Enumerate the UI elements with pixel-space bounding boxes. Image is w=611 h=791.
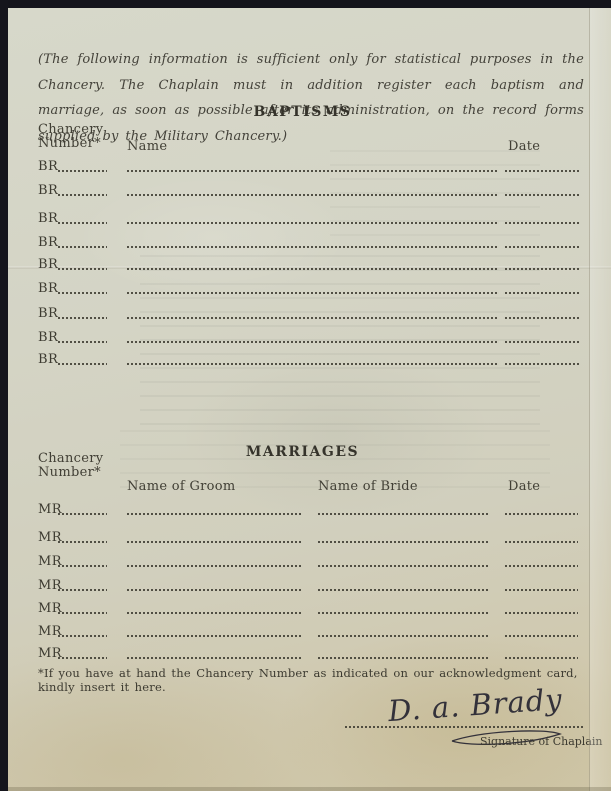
date-line: [505, 317, 580, 319]
chancery-number-line: [58, 363, 107, 365]
paper-bottom-edge: [8, 787, 611, 791]
baptisms-date-header: Date: [508, 139, 540, 154]
groom-name-line: [127, 612, 303, 614]
chancery-number-line: [58, 292, 107, 294]
name-line: [127, 246, 497, 248]
groom-name-line: [127, 541, 303, 543]
marriages-bride-header: Name of Bride: [318, 479, 418, 494]
date-line: [505, 612, 578, 614]
chancery-number-line: [58, 170, 107, 172]
date-line: [505, 292, 580, 294]
baptisms-chancery-number-header: Chancery Number*: [38, 123, 103, 150]
date-line: [505, 541, 578, 543]
baptism-row: BR: [38, 234, 582, 250]
chancery-header-line2: Number*: [38, 137, 103, 151]
bride-name-line: [318, 589, 488, 591]
baptism-row: BR: [38, 256, 582, 272]
scanned-form-page: (The following information is sufficient…: [0, 0, 611, 791]
name-line: [127, 170, 497, 172]
bride-name-line: [318, 513, 488, 515]
name-line: [127, 194, 497, 196]
chancery-number-line: [58, 222, 107, 224]
baptism-row: BR: [38, 210, 582, 226]
baptism-row-prefix: BR: [38, 330, 58, 345]
date-line: [505, 635, 578, 637]
marriages-date-header: Date: [508, 479, 540, 494]
baptisms-name-header: Name: [127, 139, 167, 154]
marriage-row: MR: [38, 577, 582, 593]
name-line: [127, 341, 497, 343]
baptism-row-prefix: BR: [38, 183, 58, 198]
baptism-row-prefix: BR: [38, 257, 58, 272]
baptism-row-prefix: BR: [38, 159, 58, 174]
bride-name-line: [318, 612, 488, 614]
bride-name-line: [318, 541, 488, 543]
bride-name-line: [318, 657, 488, 659]
date-line: [505, 363, 580, 365]
baptism-row-prefix: BR: [38, 211, 58, 226]
marriages-groom-header: Name of Groom: [127, 479, 236, 494]
baptism-row: BR: [38, 182, 582, 198]
marriage-row: MR: [38, 623, 582, 639]
baptism-row: BR: [38, 351, 582, 367]
chancery-number-line: [58, 612, 107, 614]
signature-caption: Signature of Chaplain: [480, 735, 602, 748]
chancery-number-line: [58, 565, 107, 567]
bride-name-line: [318, 565, 488, 567]
marriages-section-title: MARRIAGES: [20, 444, 585, 460]
baptism-row: BR: [38, 305, 582, 321]
chancery-header-line2: Number*: [38, 466, 103, 480]
intro-note: (The following information is sufficient…: [38, 47, 584, 149]
baptism-row: BR: [38, 280, 582, 296]
baptism-row-prefix: BR: [38, 235, 58, 250]
groom-name-line: [127, 657, 303, 659]
chancery-number-line: [58, 194, 107, 196]
chancery-header-line1: Chancery: [38, 123, 103, 137]
chancery-number-line: [58, 246, 107, 248]
date-line: [505, 513, 578, 515]
date-line: [505, 194, 580, 196]
name-line: [127, 363, 497, 365]
groom-name-line: [127, 513, 303, 515]
date-line: [505, 657, 578, 659]
marriage-row: MR: [38, 645, 582, 661]
name-line: [127, 222, 497, 224]
name-line: [127, 268, 497, 270]
baptism-row: BR: [38, 158, 582, 174]
date-line: [505, 589, 578, 591]
chancery-number-line: [58, 341, 107, 343]
chancery-number-line: [58, 541, 107, 543]
marriage-row: MR: [38, 553, 582, 569]
chancery-header-line1: Chancery: [38, 452, 103, 466]
chancery-number-line: [58, 635, 107, 637]
date-line: [505, 341, 580, 343]
date-line: [505, 222, 580, 224]
baptism-row: BR: [38, 329, 582, 345]
name-line: [127, 292, 497, 294]
groom-name-line: [127, 635, 303, 637]
marriages-chancery-number-header: Chancery Number*: [38, 452, 103, 479]
chancery-number-line: [58, 317, 107, 319]
chancery-number-line: [58, 513, 107, 515]
groom-name-line: [127, 565, 303, 567]
baptisms-section-title: BAPTISMS: [20, 104, 585, 120]
date-line: [505, 565, 578, 567]
date-line: [505, 246, 580, 248]
name-line: [127, 317, 497, 319]
marriage-row: MR: [38, 529, 582, 545]
chancery-number-line: [58, 589, 107, 591]
groom-name-line: [127, 589, 303, 591]
date-line: [505, 268, 580, 270]
chancery-number-line: [58, 268, 107, 270]
date-line: [505, 170, 580, 172]
marriage-row: MR: [38, 600, 582, 616]
baptism-row-prefix: BR: [38, 306, 58, 321]
baptism-row-prefix: BR: [38, 281, 58, 296]
chancery-number-line: [58, 657, 107, 659]
baptism-row-prefix: BR: [38, 352, 58, 367]
scan-edge-top: [0, 0, 611, 8]
marriage-row: MR: [38, 501, 582, 517]
bride-name-line: [318, 635, 488, 637]
paper-right-edge: [589, 8, 611, 791]
scan-edge-left: [0, 0, 8, 791]
